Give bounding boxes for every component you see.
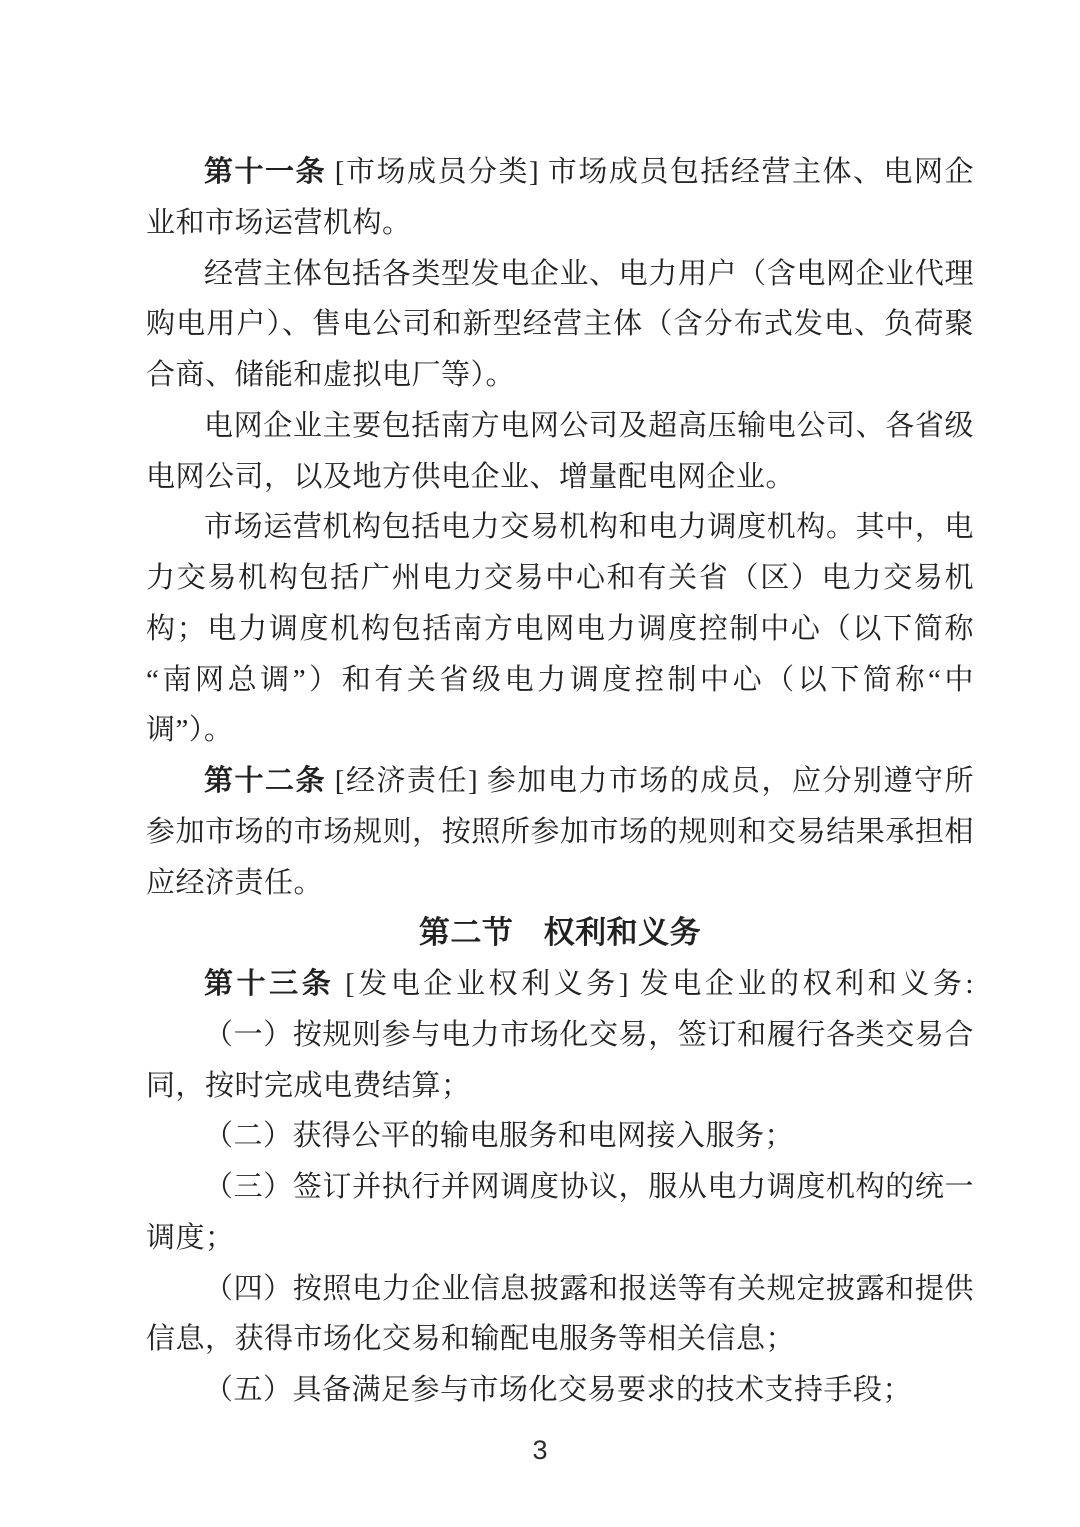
line-text: 经营主体包括各类型发电企业、电力用户（含电网企业代理 bbox=[204, 258, 974, 290]
article-number: 第十二条 bbox=[204, 765, 326, 797]
text-line: 合商、储能和虚拟电厂等）。 bbox=[146, 350, 974, 401]
line-text: 电网公司，以及地方供电企业、增量配电网企业。 bbox=[146, 461, 795, 493]
line-text: 购电用户）、售电公司和新型经营主体（含分布式发电、负荷聚 bbox=[146, 308, 974, 340]
article-number: 第十一条 bbox=[204, 156, 326, 188]
text-line: 第十三条 [发电企业权利义务] 发电企业的权利和义务: bbox=[146, 959, 974, 1010]
text-line: （一）按规则参与电力市场化交易，签订和履行各类交易合 bbox=[146, 1010, 974, 1061]
document-body: 第十一条 [市场成员分类] 市场成员包括经营主体、电网企业和市场运营机构。经营主… bbox=[146, 147, 974, 1416]
text-line: 构；电力调度机构包括南方电网电力调度控制中心（以下简称 bbox=[146, 604, 974, 655]
text-line: 信息，获得市场化交易和输配电服务等相关信息； bbox=[146, 1314, 974, 1365]
line-text: 参加市场的市场规则，按照所参加市场的规则和交易结果承担相 bbox=[146, 816, 974, 848]
line-text: 调”）。 bbox=[146, 714, 233, 746]
line-text: 业和市场运营机构。 bbox=[146, 207, 412, 239]
page-number: 3 bbox=[0, 1430, 1080, 1470]
text-line: 第十二条 [经济责任] 参加电力市场的成员，应分别遵守所 bbox=[146, 756, 974, 807]
line-text: [市场成员分类] 市场成员包括经营主体、电网企 bbox=[326, 156, 974, 188]
line-text: 应经济责任。 bbox=[146, 867, 323, 899]
text-line: 第十一条 [市场成员分类] 市场成员包括经营主体、电网企 bbox=[146, 147, 974, 198]
text-line: 购电用户）、售电公司和新型经营主体（含分布式发电、负荷聚 bbox=[146, 299, 974, 350]
text-line: 经营主体包括各类型发电企业、电力用户（含电网企业代理 bbox=[146, 249, 974, 300]
text-line: （三）签订并执行并网调度协议，服从电力调度机构的统一 bbox=[146, 1162, 974, 1213]
line-text: （四）按照电力企业信息披露和报送等有关规定披露和提供 bbox=[204, 1273, 974, 1305]
text-line: 应经济责任。 bbox=[146, 858, 974, 909]
text-line: 力交易机构包括广州电力交易中心和有关省（区）电力交易机 bbox=[146, 553, 974, 604]
document-page: 第十一条 [市场成员分类] 市场成员包括经营主体、电网企业和市场运营机构。经营主… bbox=[0, 0, 1080, 1527]
line-text: 构；电力调度机构包括南方电网电力调度控制中心（以下简称 bbox=[146, 613, 974, 645]
text-line: 同，按时完成电费结算； bbox=[146, 1061, 974, 1112]
line-text: “南网总调”）和有关省级电力调度控制中心（以下简称“中 bbox=[146, 664, 974, 696]
line-text: （五）具备满足参与市场化交易要求的技术支持手段； bbox=[204, 1374, 912, 1406]
line-text: 力交易机构包括广州电力交易中心和有关省（区）电力交易机 bbox=[146, 562, 974, 594]
line-text: [发电企业权利义务] 发电企业的权利和义务: bbox=[334, 968, 974, 1000]
line-text: 调度； bbox=[146, 1222, 235, 1254]
text-line: （四）按照电力企业信息披露和报送等有关规定披露和提供 bbox=[146, 1264, 974, 1315]
line-text: （一）按规则参与电力市场化交易，签订和履行各类交易合 bbox=[204, 1019, 974, 1051]
line-text: （三）签订并执行并网调度协议，服从电力调度机构的统一 bbox=[204, 1171, 974, 1203]
text-line: （二）获得公平的输电服务和电网接入服务； bbox=[146, 1111, 974, 1162]
article-number: 第十三条 bbox=[204, 968, 334, 1000]
line-text: （二）获得公平的输电服务和电网接入服务； bbox=[204, 1120, 794, 1152]
section-heading: 第二节 权利和义务 bbox=[146, 908, 974, 959]
line-text: [经济责任] 参加电力市场的成员，应分别遵守所 bbox=[326, 765, 974, 797]
text-line: 业和市场运营机构。 bbox=[146, 198, 974, 249]
line-text: 合商、储能和虚拟电厂等）。 bbox=[146, 359, 515, 391]
text-line: 参加市场的市场规则，按照所参加市场的规则和交易结果承担相 bbox=[146, 807, 974, 858]
text-line: （五）具备满足参与市场化交易要求的技术支持手段； bbox=[146, 1365, 974, 1416]
text-line: 电网企业主要包括南方电网公司及超高压输电公司、各省级 bbox=[146, 401, 974, 452]
text-line: 调”）。 bbox=[146, 705, 974, 756]
line-text: 信息，获得市场化交易和输配电服务等相关信息； bbox=[146, 1323, 795, 1355]
line-text: 电网企业主要包括南方电网公司及超高压输电公司、各省级 bbox=[204, 410, 974, 442]
line-text: 第二节 权利和义务 bbox=[419, 915, 701, 950]
line-text: 同，按时完成电费结算； bbox=[146, 1070, 471, 1102]
text-line: 电网公司，以及地方供电企业、增量配电网企业。 bbox=[146, 452, 974, 503]
text-line: “南网总调”）和有关省级电力调度控制中心（以下简称“中 bbox=[146, 655, 974, 706]
text-line: 调度； bbox=[146, 1213, 974, 1264]
text-line: 市场运营机构包括电力交易机构和电力调度机构。其中，电 bbox=[146, 502, 974, 553]
line-text: 市场运营机构包括电力交易机构和电力调度机构。其中，电 bbox=[204, 511, 974, 543]
